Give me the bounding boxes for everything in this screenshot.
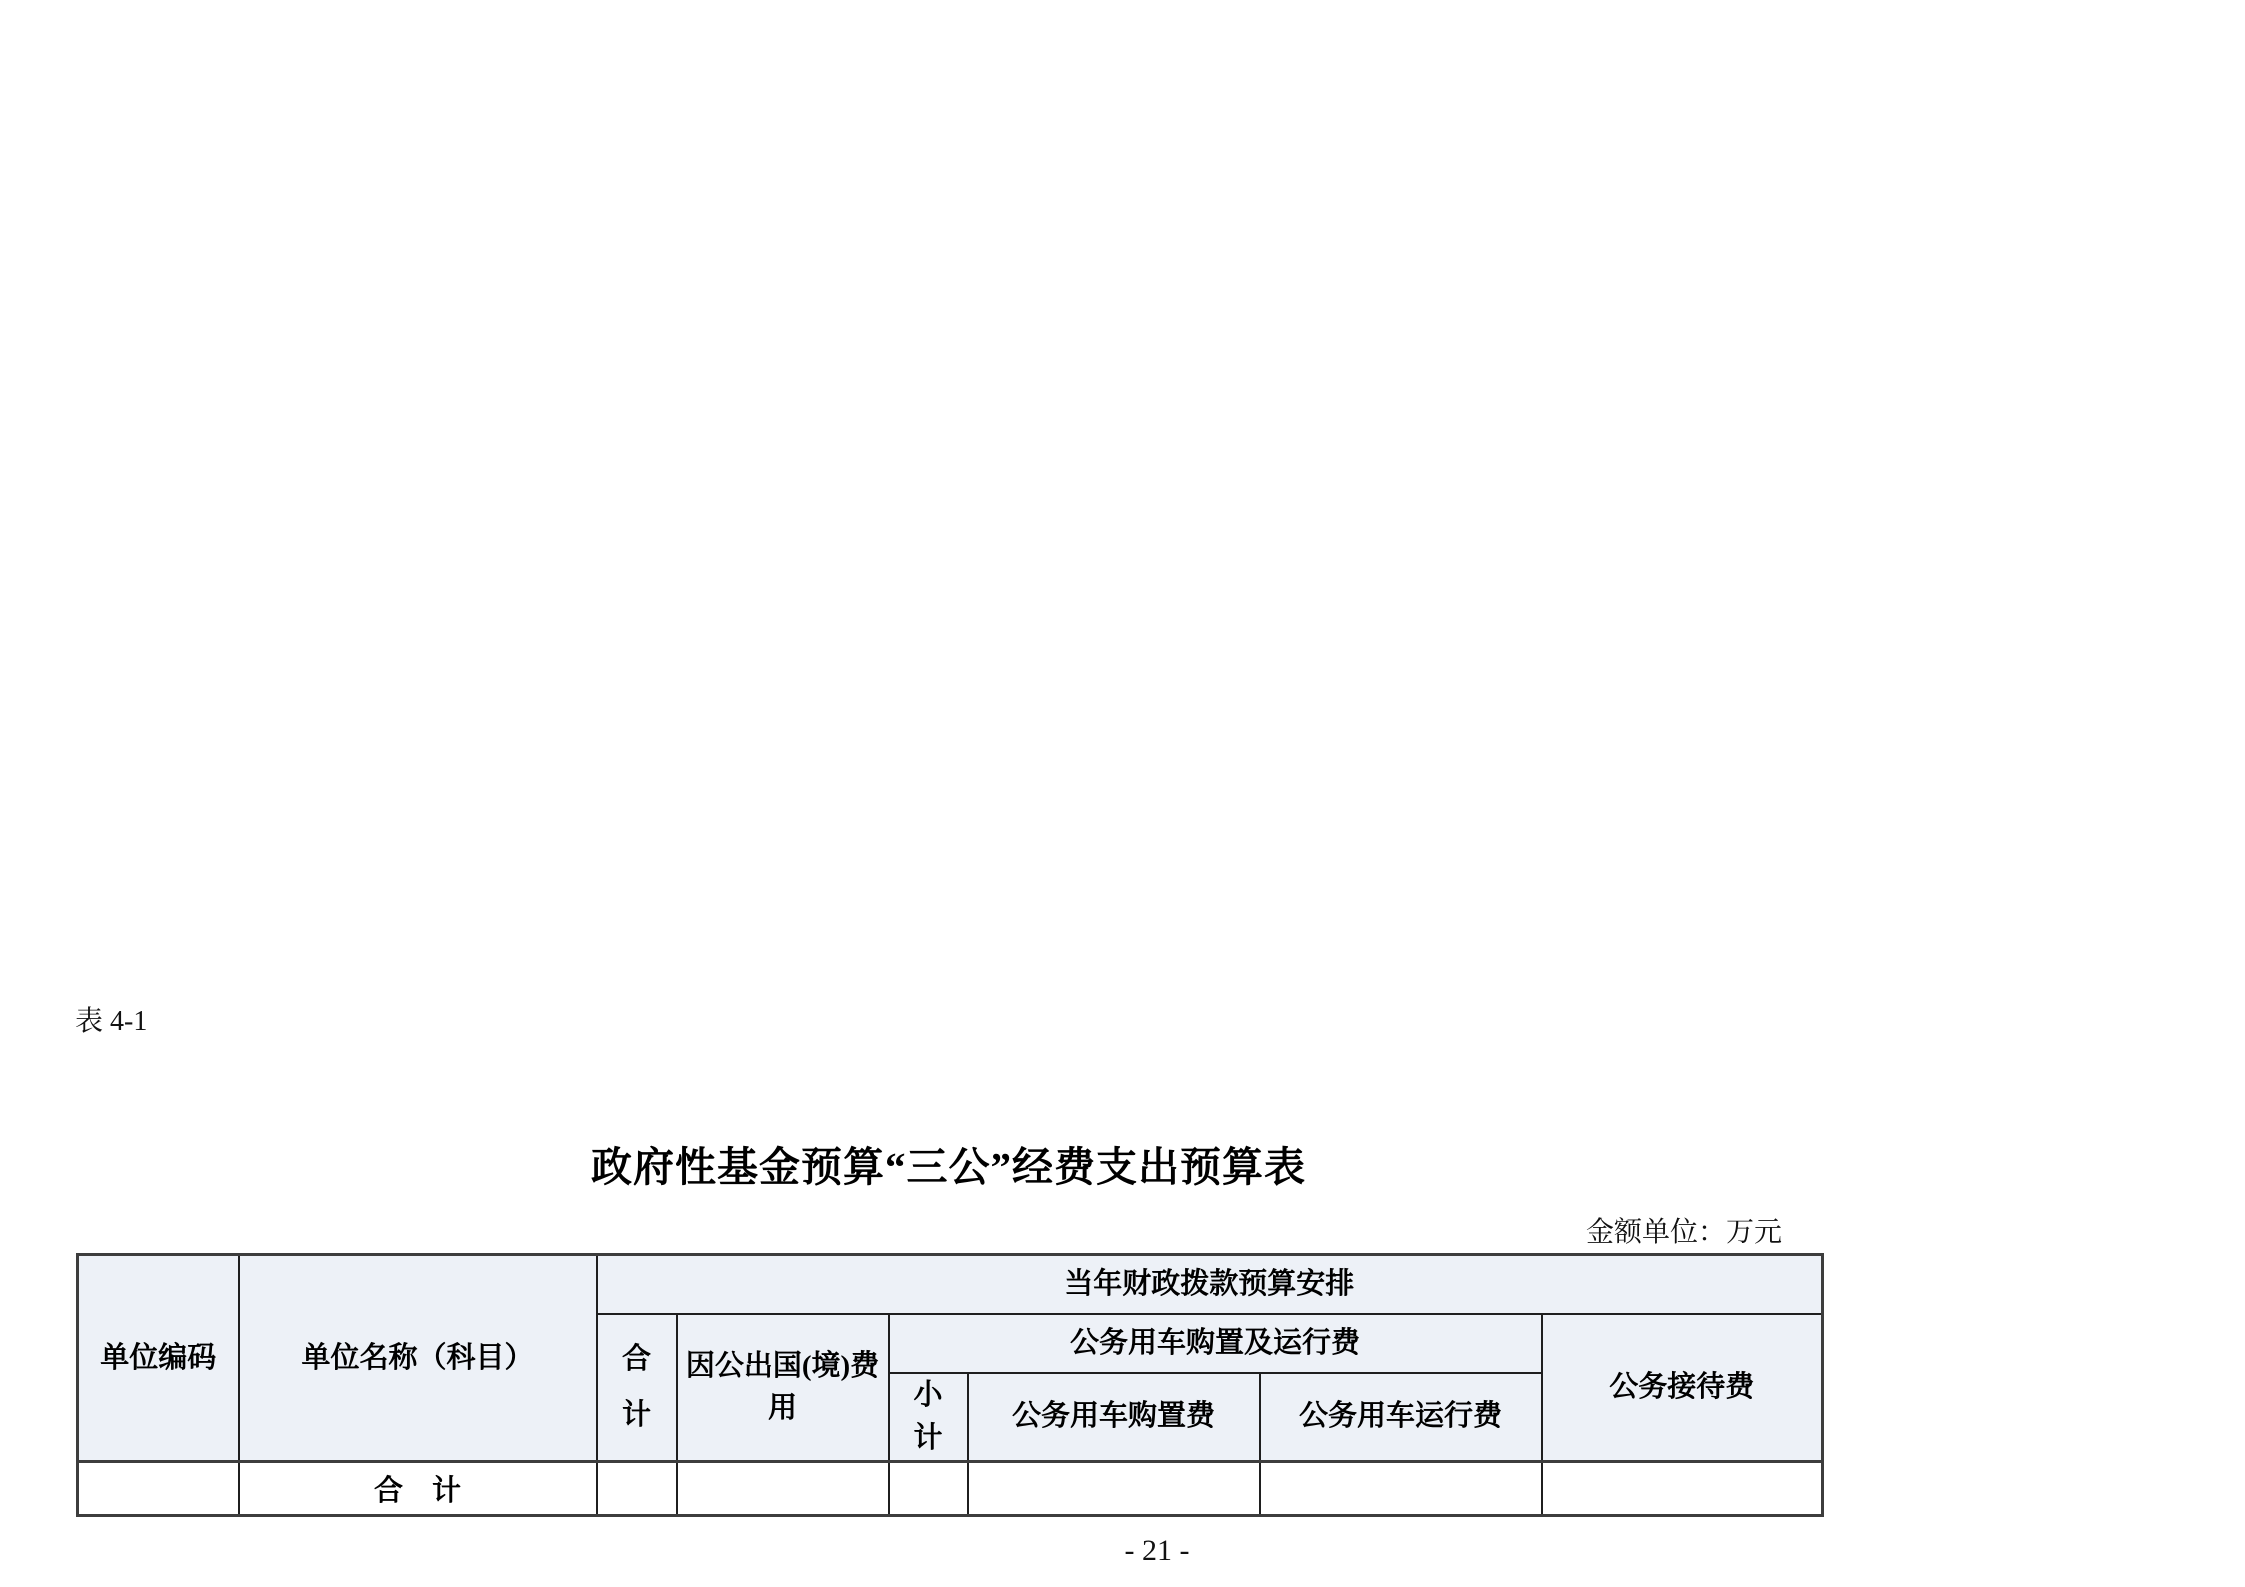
document-page: 表 4-1 政府性基金预算“三公”经费支出预算表 金额单位：万元 单位编码 单位… — [0, 0, 2245, 1587]
cell-unit-code — [78, 1461, 239, 1515]
cell-vehicle-purchase-fee — [968, 1461, 1260, 1515]
page-number: - 21 - — [1125, 1534, 1190, 1568]
header-subtotal: 小计 — [889, 1373, 968, 1462]
header-official-reception: 公务接待费 — [1542, 1314, 1823, 1462]
header-total-text: 合计 — [621, 1331, 652, 1443]
header-unit-name: 单位名称（科目） — [239, 1255, 597, 1462]
header-subtotal-text: 小计 — [912, 1374, 943, 1460]
header-annual-fiscal-appropriation: 当年财政拨款预算安排 — [597, 1255, 1823, 1314]
page-title: 政府性基金预算“三公”经费支出预算表 — [76, 1134, 1821, 1193]
table-number-label: 表 4-1 — [75, 999, 147, 1039]
header-row-1: 单位编码 单位名称（科目） 当年财政拨款预算安排 — [78, 1255, 1823, 1314]
budget-table: 单位编码 单位名称（科目） 当年财政拨款预算安排 合计 因公出国(境)费用 公务… — [76, 1253, 1824, 1517]
amount-unit-note: 金额单位：万元 — [76, 1210, 1782, 1250]
header-vehicle-purchase-fee: 公务用车购置费 — [968, 1373, 1260, 1462]
cell-vehicle-operation-fee — [1260, 1461, 1542, 1515]
header-unit-code: 单位编码 — [78, 1255, 239, 1462]
header-vehicle-operation-fee: 公务用车运行费 — [1260, 1373, 1542, 1462]
cell-total — [597, 1461, 677, 1515]
cell-unit-name-total: 合 计 — [239, 1461, 597, 1515]
cell-reception-fee — [1542, 1461, 1823, 1515]
cell-subtotal — [889, 1461, 968, 1515]
header-total: 合计 — [597, 1314, 677, 1462]
header-vehicle-purchase-and-operation: 公务用车购置及运行费 — [889, 1314, 1542, 1373]
cell-abroad-expense — [677, 1461, 889, 1515]
table-row-total: 合 计 — [78, 1461, 1823, 1515]
header-abroad-expense: 因公出国(境)费用 — [677, 1314, 889, 1462]
